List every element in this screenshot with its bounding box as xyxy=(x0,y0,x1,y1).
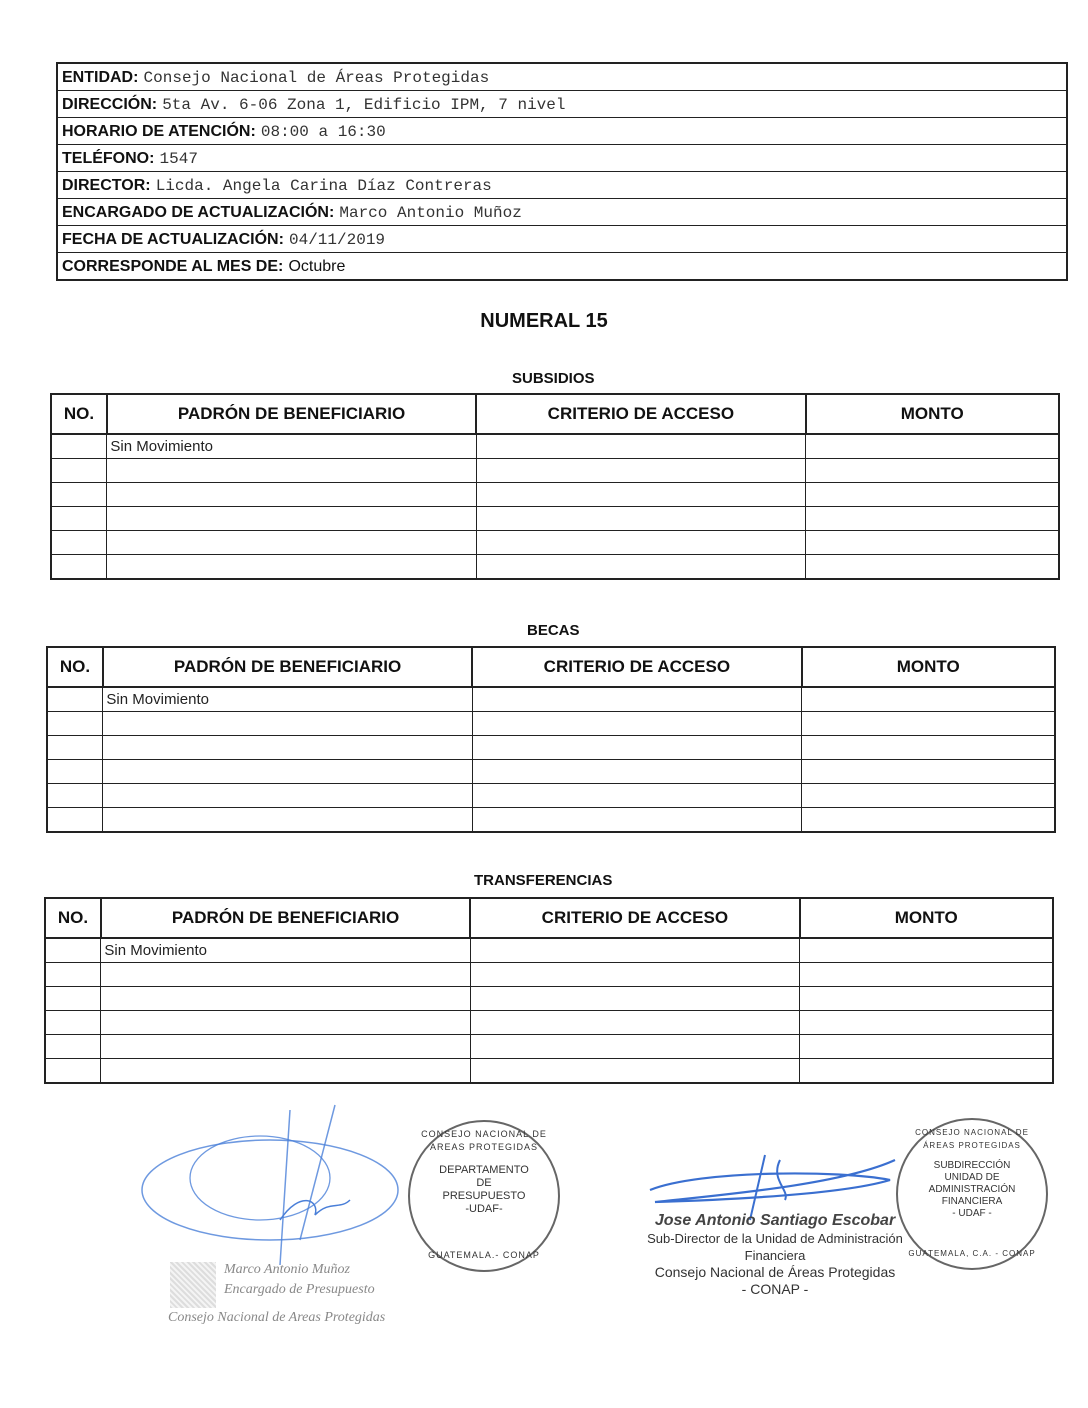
table-cell xyxy=(103,784,472,808)
table-cell xyxy=(51,483,107,507)
table-transferencias: NO.PADRÓN DE BENEFICIARIOCRITERIO DE ACC… xyxy=(44,897,1054,1084)
table-cell xyxy=(802,784,1055,808)
qr-code-icon xyxy=(170,1262,216,1308)
left-stamp-ring-bottom: GUATEMALA.- CONAP xyxy=(410,1249,558,1262)
table-cell xyxy=(476,531,805,555)
right-signer-org: Consejo Nacional de Áreas Protegidas xyxy=(640,1264,910,1281)
stamp-line: DE xyxy=(410,1177,558,1190)
table-row xyxy=(45,1059,1053,1084)
column-header: MONTO xyxy=(802,647,1055,687)
table-row xyxy=(51,483,1059,507)
info-label: FECHA DE ACTUALIZACIÓN: xyxy=(62,231,284,248)
table-cell xyxy=(802,687,1055,712)
table-cell xyxy=(45,1035,101,1059)
table-row xyxy=(47,808,1055,833)
right-official-stamp: SUBDIRECCIÓNUNIDAD DEADMINISTRACIÓNFINAN… xyxy=(896,1118,1048,1270)
table-cell xyxy=(472,736,801,760)
info-value: 1547 xyxy=(160,150,198,168)
stamp-line: PRESUPUESTO xyxy=(410,1190,558,1203)
section-title: TRANSFERENCIAS xyxy=(474,872,612,889)
column-header: PADRÓN DE BENEFICIARIO xyxy=(101,898,470,938)
table-cell xyxy=(51,459,107,483)
right-stamp-ring-bottom: GUATEMALA, C.A. - CONAP xyxy=(898,1247,1046,1260)
info-row: DIRECCIÓN: 5ta Av. 6-06 Zona 1, Edificio… xyxy=(58,91,1066,118)
info-value: 04/11/2019 xyxy=(289,231,385,249)
table-cell xyxy=(476,507,805,531)
table-cell xyxy=(47,760,103,784)
table-cell xyxy=(107,483,476,507)
table-cell xyxy=(806,531,1059,555)
right-signer-name: Jose Antonio Santiago Escobar xyxy=(640,1212,910,1230)
table-cell xyxy=(476,459,805,483)
table-cell xyxy=(476,434,805,459)
table-cell xyxy=(472,784,801,808)
table-cell xyxy=(45,987,101,1011)
table-cell: Sin Movimiento xyxy=(103,687,472,712)
info-label: DIRECCIÓN: xyxy=(62,96,157,113)
column-header: NO. xyxy=(45,898,101,938)
right-stamp-ring-top: CONSEJO NACIONAL DE ÁREAS PROTEGIDAS xyxy=(898,1126,1046,1152)
table-cell xyxy=(800,1011,1053,1035)
table-cell xyxy=(800,1059,1053,1084)
section-title: SUBSIDIOS xyxy=(512,370,595,387)
left-signer-title: Encargado de Presupuesto xyxy=(224,1280,375,1300)
table-cell xyxy=(103,760,472,784)
table-row: Sin Movimiento xyxy=(51,434,1059,459)
table-cell xyxy=(107,507,476,531)
table-row xyxy=(47,760,1055,784)
table-cell xyxy=(101,1035,470,1059)
table-cell xyxy=(470,1011,799,1035)
table-cell xyxy=(101,1011,470,1035)
table-cell xyxy=(47,808,103,833)
table-cell xyxy=(51,507,107,531)
numeral-title: NUMERAL 15 xyxy=(0,310,1088,333)
table-row xyxy=(45,1035,1053,1059)
table-cell xyxy=(47,784,103,808)
table-cell xyxy=(470,938,799,963)
right-signer-abbr: - CONAP - xyxy=(640,1281,910,1298)
table-cell xyxy=(101,963,470,987)
left-official-stamp: DEPARTAMENTODEPRESUPUESTO-UDAF- CONSEJO … xyxy=(408,1120,560,1272)
table-cell xyxy=(103,712,472,736)
table-cell xyxy=(107,555,476,580)
table-row xyxy=(47,712,1055,736)
table-cell xyxy=(45,1059,101,1084)
table-cell xyxy=(800,963,1053,987)
table-row xyxy=(51,459,1059,483)
left-signer-name: Marco Antonio Muñoz xyxy=(224,1260,375,1280)
table-cell xyxy=(470,1059,799,1084)
table-cell xyxy=(472,760,801,784)
table-cell: Sin Movimiento xyxy=(107,434,476,459)
info-row: ENCARGADO DE ACTUALIZACIÓN: Marco Antoni… xyxy=(58,199,1066,226)
table-cell xyxy=(107,459,476,483)
info-row: TELÉFONO: 1547 xyxy=(58,145,1066,172)
info-value: 08:00 a 16:30 xyxy=(261,123,386,141)
right-signature-block: Jose Antonio Santiago Escobar Sub-Direct… xyxy=(640,1140,910,1300)
stamp-line: - UDAF - xyxy=(898,1208,1046,1220)
stamp-line: SUBDIRECCIÓN xyxy=(898,1160,1046,1172)
table-cell: Sin Movimiento xyxy=(101,938,470,963)
table-cell xyxy=(103,808,472,833)
table-cell xyxy=(806,555,1059,580)
table-cell xyxy=(103,736,472,760)
table-cell xyxy=(45,1011,101,1035)
table-row xyxy=(47,736,1055,760)
table-row xyxy=(45,963,1053,987)
stamp-line: -UDAF- xyxy=(410,1203,558,1216)
info-row: HORARIO DE ATENCIÓN: 08:00 a 16:30 xyxy=(58,118,1066,145)
table-cell xyxy=(47,736,103,760)
column-header: NO. xyxy=(51,394,107,434)
table-row xyxy=(51,531,1059,555)
table-cell xyxy=(806,483,1059,507)
table-cell xyxy=(51,434,107,459)
info-row: DIRECTOR: Licda. Angela Carina Díaz Cont… xyxy=(58,172,1066,199)
info-value: Marco Antonio Muñoz xyxy=(339,204,521,222)
table-cell xyxy=(802,808,1055,833)
column-header: CRITERIO DE ACCESO xyxy=(472,647,801,687)
column-header: CRITERIO DE ACCESO xyxy=(470,898,799,938)
table-cell xyxy=(470,1035,799,1059)
table-cell xyxy=(476,483,805,507)
table-cell xyxy=(51,531,107,555)
info-value: Octubre xyxy=(288,258,345,275)
table-header-row: NO.PADRÓN DE BENEFICIARIOCRITERIO DE ACC… xyxy=(47,647,1055,687)
table-cell xyxy=(472,712,801,736)
table-row xyxy=(47,784,1055,808)
table-cell xyxy=(470,963,799,987)
section-title: BECAS xyxy=(527,622,580,639)
info-label: DIRECTOR: xyxy=(62,177,151,194)
table-becas: NO.PADRÓN DE BENEFICIARIOCRITERIO DE ACC… xyxy=(46,646,1056,833)
column-header: MONTO xyxy=(800,898,1053,938)
table-cell xyxy=(806,507,1059,531)
table-row xyxy=(51,507,1059,531)
table-row xyxy=(45,987,1053,1011)
table-cell xyxy=(470,987,799,1011)
left-signer-org: Consejo Nacional de Areas Protegidas xyxy=(168,1308,385,1328)
table-row: Sin Movimiento xyxy=(47,687,1055,712)
table-row xyxy=(45,1011,1053,1035)
column-header: NO. xyxy=(47,647,103,687)
table-cell xyxy=(806,459,1059,483)
info-row: FECHA DE ACTUALIZACIÓN: 04/11/2019 xyxy=(58,226,1066,253)
left-signature-scribble xyxy=(140,1100,400,1270)
info-value: 5ta Av. 6-06 Zona 1, Edificio IPM, 7 niv… xyxy=(162,96,565,114)
left-stamp-ring-top: CONSEJO NACIONAL DE AREAS PROTEGIDAS xyxy=(410,1128,558,1154)
stamp-line: FINANCIERA xyxy=(898,1196,1046,1208)
stamp-line: ADMINISTRACIÓN xyxy=(898,1184,1046,1196)
table-cell xyxy=(101,987,470,1011)
info-label: TELÉFONO: xyxy=(62,150,154,167)
table-cell xyxy=(472,687,801,712)
info-value: Consejo Nacional de Áreas Protegidas xyxy=(144,69,490,87)
table-cell xyxy=(47,687,103,712)
info-row: CORRESPONDE AL MES DE: Octubre xyxy=(58,253,1066,279)
left-signature-block: Marco Antonio Muñoz Encargado de Presupu… xyxy=(140,1100,400,1280)
stamp-line: UNIDAD DE xyxy=(898,1172,1046,1184)
info-label: ENCARGADO DE ACTUALIZACIÓN: xyxy=(62,204,334,221)
info-label: ENTIDAD: xyxy=(62,69,138,86)
column-header: CRITERIO DE ACCESO xyxy=(476,394,805,434)
stamp-line: DEPARTAMENTO xyxy=(410,1164,558,1177)
info-row: ENTIDAD: Consejo Nacional de Áreas Prote… xyxy=(58,64,1066,91)
table-cell xyxy=(472,808,801,833)
column-header: PADRÓN DE BENEFICIARIO xyxy=(107,394,476,434)
table-cell xyxy=(51,555,107,580)
table-cell xyxy=(802,736,1055,760)
column-header: PADRÓN DE BENEFICIARIO xyxy=(103,647,472,687)
table-cell xyxy=(101,1059,470,1084)
table-cell xyxy=(806,434,1059,459)
table-header-row: NO.PADRÓN DE BENEFICIARIOCRITERIO DE ACC… xyxy=(45,898,1053,938)
info-value: Licda. Angela Carina Díaz Contreras xyxy=(156,177,492,195)
table-cell xyxy=(800,938,1053,963)
table-cell xyxy=(800,1035,1053,1059)
table-cell xyxy=(47,712,103,736)
entity-info-box: ENTIDAD: Consejo Nacional de Áreas Prote… xyxy=(56,62,1068,281)
table-cell xyxy=(45,963,101,987)
info-label: CORRESPONDE AL MES DE: xyxy=(62,258,283,275)
info-label: HORARIO DE ATENCIÓN: xyxy=(62,123,256,140)
table-header-row: NO.PADRÓN DE BENEFICIARIOCRITERIO DE ACC… xyxy=(51,394,1059,434)
table-subsidios: NO.PADRÓN DE BENEFICIARIOCRITERIO DE ACC… xyxy=(50,393,1060,580)
table-cell xyxy=(107,531,476,555)
table-cell xyxy=(802,760,1055,784)
table-row xyxy=(51,555,1059,580)
right-signer-title: Sub-Director de la Unidad de Administrac… xyxy=(640,1230,910,1264)
table-cell xyxy=(802,712,1055,736)
table-cell xyxy=(800,987,1053,1011)
table-cell xyxy=(45,938,101,963)
table-row: Sin Movimiento xyxy=(45,938,1053,963)
column-header: MONTO xyxy=(806,394,1059,434)
table-cell xyxy=(476,555,805,580)
